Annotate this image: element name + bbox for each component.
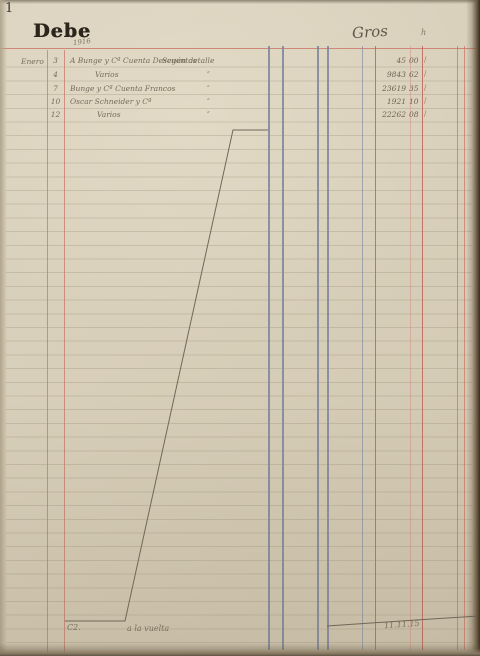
entry-day: 4	[48, 70, 63, 79]
folio-mark: h	[421, 28, 426, 37]
entry-check-mark: /	[424, 110, 426, 118]
entry-row: 3 A Bunge y Cª Cuenta Descuentos Según d…	[0, 56, 480, 69]
column-rule-blue-3	[317, 46, 319, 650]
entry-cents: 35	[409, 84, 423, 93]
header-rule-line	[0, 48, 480, 49]
entry-description: Oscar Schneider y Cª	[70, 97, 152, 106]
column-rule-red-month	[47, 50, 48, 654]
entry-detail: ″	[207, 110, 210, 119]
entry-detail: ″	[207, 70, 210, 79]
entry-cents: 08	[409, 110, 423, 119]
entry-description: Varios	[95, 70, 119, 79]
entry-amount: 9843	[352, 70, 406, 79]
entry-description: Bunge y Cª Cuenta Francos	[70, 84, 175, 93]
entry-detail: Según detalle	[162, 56, 214, 65]
entry-row: 10 Oscar Schneider y Cª ″ 1921 10 /	[0, 97, 480, 110]
entry-row: 4 Varios ″ 9843 62 /	[0, 70, 480, 83]
column-rule-blue-1	[268, 46, 270, 650]
column-rule-blue-2	[282, 46, 284, 650]
entry-row: 12 Varios ″ 22262 08 /	[0, 110, 480, 123]
entry-day: 7	[48, 84, 63, 93]
entry-check-mark: /	[424, 84, 426, 92]
entry-day: 10	[48, 97, 63, 106]
page-edge-bottom	[0, 643, 480, 656]
entry-description: Varios	[97, 110, 121, 119]
entry-day: 3	[48, 56, 63, 65]
entry-amount: 23619	[352, 84, 406, 93]
entry-check-mark: /	[424, 97, 426, 105]
year-label: 1916	[73, 37, 92, 47]
entry-amount: 1921	[352, 97, 406, 106]
footer-reference: C2.	[67, 623, 81, 632]
column-rule-red-day	[64, 50, 65, 654]
page-edge-top	[0, 0, 480, 4]
entry-check-mark: /	[424, 56, 426, 64]
column-rule-red-amount	[375, 46, 376, 650]
ledger-page: 1 Debe Gros h 1916 Enero 3 A Bunge y Cª …	[0, 0, 480, 656]
entry-amount: 45	[352, 56, 406, 65]
footer-date-note: 11.11.15	[384, 619, 420, 630]
entry-day: 12	[48, 110, 63, 119]
column-rule-red-margin-1	[457, 46, 458, 650]
carry-forward-note: a la vuelta	[127, 624, 169, 633]
column-rule-blue-5	[362, 46, 363, 650]
entry-cents: 00	[409, 56, 423, 65]
column-rule-red-margin-2	[464, 46, 465, 650]
column-rule-blue-4	[327, 46, 329, 650]
entry-amount: 22262	[352, 110, 406, 119]
entry-check-mark: /	[424, 70, 426, 78]
column-rule-pink-cents	[410, 46, 411, 650]
entry-detail: ″	[207, 84, 210, 93]
feint-ruled-lines	[6, 54, 472, 650]
entry-row: 7 Bunge y Cª Cuenta Francos ″ 23619 35 /	[0, 84, 480, 97]
entry-detail: ″	[207, 97, 210, 106]
entry-cents: 62	[409, 70, 423, 79]
entry-cents: 10	[409, 97, 423, 106]
page-number: 1	[5, 1, 13, 16]
account-name: Gros	[351, 22, 388, 42]
column-rule-red-close	[422, 46, 423, 650]
